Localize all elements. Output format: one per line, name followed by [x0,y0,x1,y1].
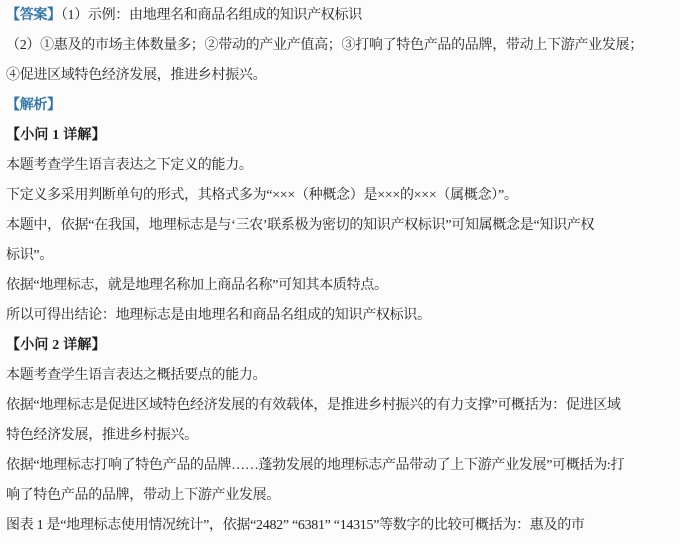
answer-line-3: ④促进区域特色经济发展，推进乡村振兴。 [6,61,675,91]
part2-line: 特色经济发展，推进乡村振兴。 [6,421,675,451]
answer-line-1-text: （1）示例：由地理名和商品名组成的知识产权标识 [61,8,362,23]
part2-line: 本题考查学生语言表达之概括要点的能力。 [6,361,675,391]
part2-line: 图表 1 是“地理标志使用情况统计”，依据“2482” “6381” “1431… [6,511,675,541]
part1-line: 下定义多采用判断单句的形式，其格式多为“×××（种概念）是×××的×××（属概念… [6,181,675,211]
part1-heading: 【小问 1 详解】 [6,121,675,151]
document-page: 【答案】（1）示例：由地理名和商品名组成的知识产权标识 （2）①惠及的市场主体数… [0,0,680,544]
part2-line: 响了特色产品的品牌，带动上下游产业发展。 [6,481,675,511]
answer-analysis-document: 【答案】（1）示例：由地理名和商品名组成的知识产权标识 （2）①惠及的市场主体数… [0,0,680,541]
part2-line: 依据“地理标志是促进区域特色经济发展的有效载体，是推进乡村振兴的有力支撑”可概括… [6,391,675,421]
answer-line-1: 【答案】（1）示例：由地理名和商品名组成的知识产权标识 [6,1,675,31]
part2-heading: 【小问 2 详解】 [6,331,675,361]
part2-line: 依据“地理标志打响了特色产品的品牌……蓬勃发展的地理标志产品带动了上下游产业发展… [6,451,675,481]
part1-line: 所以可得出结论：地理标志是由地理名和商品名组成的知识产权标识。 [6,301,675,331]
part1-line: 本题中，依据“在我国，地理标志是与‘三农’联系极为密切的知识产权标识”可知属概念… [6,211,675,241]
part1-line: 标识”。 [6,241,675,271]
answer-line-2: （2）①惠及的市场主体数量多；②带动的产业产值高；③打响了特色产品的品牌，带动上… [6,31,675,61]
analysis-section: 【解析】 [6,91,675,121]
analysis-label: 【解析】 [6,98,61,113]
part1-line: 本题考查学生语言表达之下定义的能力。 [6,151,675,181]
answer-label: 【答案】 [6,8,61,23]
part1-line: 依据“地理标志，就是地理名称加上商品名称”可知其本质特点。 [6,271,675,301]
